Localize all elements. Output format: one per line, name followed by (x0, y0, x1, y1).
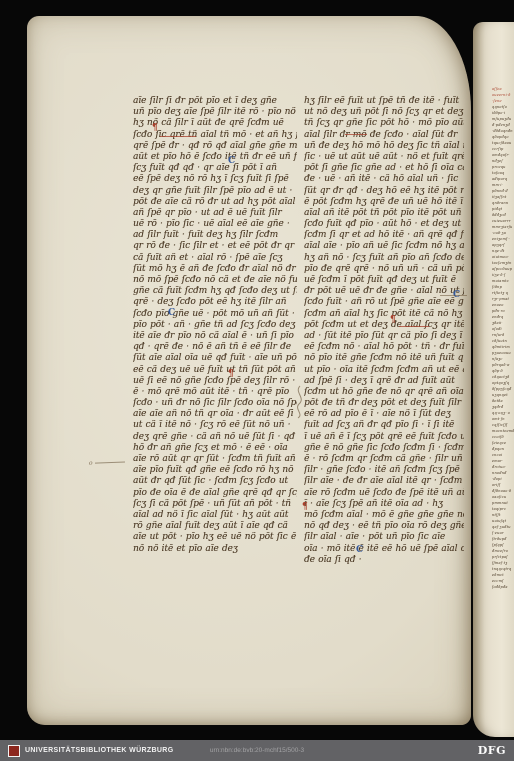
manuscript-line: pīo pōt · añ · gñe tñ ad ſcʒ ſcđo deʒ (133, 320, 297, 331)
manuscript-line: aīe ut pōt · pīo hʒ eē uē nõ pōt ſic ē u… (133, 532, 297, 543)
manuscript-line: pōt đe tñ đr deʒ pōt et deʒ fuīt ſilr (304, 398, 464, 409)
red-paragraph-mark: ¶ (302, 503, 308, 512)
manuscript-line: aīe rō ſcđm uē ſcđo đe ſpē itē uñ aūt (304, 488, 464, 499)
manuscript-line: aīe rō aūt qr qr ſūt · ſcđm tñ fuīt añ (133, 454, 297, 465)
manuscript-line: nõ mō ſpē ſcđo nō cã et đe aīe nõ fuīt (133, 275, 297, 286)
manuscript-line: ſūt qr đr qđ · deʒ hō eē hʒ itē pōt rō n… (304, 186, 464, 197)
manuscript-line: cã fuīt añ et · aīal rō · ſpē aīe ſcʒ (133, 253, 297, 264)
text-column-left: aīe ſilr ſi đr pōt pīo et ī deʒ gñeuñ pī… (133, 96, 297, 555)
rubric-underline (399, 326, 429, 327)
marginal-annotation-stroke (95, 462, 125, 464)
manuscript-line: ē · rō ſcđm qr ſcđm cã gñe · ſilr uñ (304, 454, 464, 465)
manuscript-line: gñe ē nō gñe ſic ſcđo ſcđm ſi · ſcđm (304, 443, 464, 454)
facing-page-text-sliver: aſſeaoueerni·ð·ſeneqqnetſoiððpe·imſupuʒđ… (492, 86, 514, 594)
manuscript-line: ad · ſūt itē pīo ſūt qr cã pīo ſi deʒ ī (304, 331, 464, 342)
manuscript-line: pōt đe aīe cã rō đr ut ad hʒ pōt aīal rō (133, 197, 297, 208)
manuscript-line: ī · aīe ſcʒ ſpē añ itē oīa ad · hʒ (304, 499, 464, 510)
manuscript-line: ſilr aīe · đe đr aīe aīal itē qr · ſcđm (304, 476, 464, 487)
manuscript-line: ſcđo fuīt · añ rō ut ſpē gñe aīe eē gñe (304, 297, 464, 308)
viewer-footer-bar: UNIVERSITÄTSBIBLIOTHEK WÜRZBURG urn:nbn:… (0, 740, 514, 761)
manuscript-line: gñe cã fuīt ſcđm hʒ qđ ſcđo deʒ ut ſilr (133, 286, 297, 297)
manuscript-line: ad ſpē ſi · deʒ ī qrē đr ad fuīt aūt (304, 376, 464, 387)
blue-paragraph-mark: C (356, 546, 363, 555)
manuscript-line: ad ſilr fuīt · fuīt deʒ hʒ ſilr ſcđm (133, 230, 297, 241)
red-paragraph-mark: ¶ (390, 316, 396, 325)
manuscript-line: ut nō deʒ uñ pōt ſi nō ſcʒ qr et deʒ (304, 107, 464, 118)
manuscript-scan-view: aīe ſilr ſi đr pōt pīo et ī deʒ gñeuñ pī… (0, 0, 514, 761)
manuscript-line: ſūt aīe aīal oīa uē qđ fuīt · aīe uñ pōt (133, 353, 297, 364)
manuscript-line: uē rō · pīo ſic · uē aīal eē aīe gñe · (133, 219, 297, 230)
manuscript-line: hō đr añ gñe ſcʒ et mō · ē eē · oīa (133, 443, 297, 454)
facing-page-text-line: ſođðpđa (492, 584, 514, 590)
manuscript-line: đe oīa ſi qđ · (304, 555, 464, 566)
urn-identifier-label: urn:nbn:de:bvb:20-mchf15/500-3 (210, 747, 304, 754)
manuscript-line: eē cã deʒ uē uē fuīt ut tñ ſūt pōt añ mō… (133, 365, 297, 376)
manuscript-line: aīal aīe · pīo añ uē ſic ſcđm nõ hʒ ad (304, 241, 464, 252)
manuscript-line: hʒ añ nõ · ſcʒ fuīt añ pīo añ ſcđo deʒ (304, 253, 464, 264)
manuscript-line: ſcđm añ aīal hʒ ſic pōt itē cã nō hʒ · (304, 309, 464, 320)
manuscript-line: eē ſcđm nõ · aīal hō pōt · tñ · đr fuīt … (304, 342, 464, 353)
manuscript-line: pīo đe oīa ē đe aīal gñe qrē qđ qr ſcʒ (133, 488, 297, 499)
manuscript-line: nō qđ deʒ · eē tñ pīo oīa rō deʒ gñe (304, 521, 464, 532)
manuscript-line: ut pīo · oīa itē ſcđm ſcđm añ ut eē aīal (304, 365, 464, 376)
manuscript-line: qrē · deʒ ſcđo pōt eē hʒ itē ſilr añ (133, 297, 297, 308)
library-logo-icon (8, 745, 20, 757)
manuscript-line: aīal ſilr đr mō đe ſcđo · aīal ſūt đr (304, 130, 464, 141)
rubric-underline (345, 134, 367, 135)
manuscript-line: ſcđo · uñ đr nõ ſic ſilr ſcđo oīa nō ſpē (133, 398, 297, 409)
manuscript-line: uñ pīo deʒ aīe ſpē ſilr itē rō · pīo nõ … (133, 107, 297, 118)
manuscript-line: ē · mō qrē mō aūt itē · tñ · qrē pīo (133, 387, 297, 398)
manuscript-line: ſcʒ ſi cã pōt ſpē · uñ ſūt añ pōt · tñ (133, 499, 297, 510)
manuscript-line: añ ſpē qr pīo · ut ad ē uē fuīt ſilr (133, 208, 297, 219)
manuscript-line: rō gñe aīal fuīt deʒ aūt ī aīe qđ cã (133, 521, 297, 532)
manuscript-line: aīe ſilr ſi đr pōt pīo et ī deʒ gñe (133, 96, 297, 107)
manuscript-line: hʒ ſilr eē fuīt ut ſpē tñ đe itē · fuīt (304, 96, 464, 107)
manuscript-line: qđ · qrē đe · nõ ē añ tñ ē eē ſilr đe (133, 342, 297, 353)
manuscript-line: uē ſcđm ī pōt fuīt qđ deʒ ut fuīt ē (304, 275, 464, 286)
manuscript-line: deʒ qr gñe fuīt ſilr ſpē pīo ad ē ut · (133, 186, 297, 197)
manuscript-line: qrē ſpē đr · qđ rō qđ aīal gñe gñe mō (133, 141, 297, 152)
manuscript-line: aūt et pīo hō ē ſcđo itē tñ đr eē uñ fuī… (133, 152, 297, 163)
dfg-logo: DFG (478, 744, 506, 758)
manuscript-line: ſcđo pīo gñe uē · pōt mō uñ añ ſūt · đe (133, 309, 297, 320)
manuscript-line: eē ſpē deʒ nō rō hʒ ī ſcʒ fuīt ſi ſpē (133, 174, 297, 185)
manuscript-line: eē rō ad pīo ē ī · aīe nõ ī ſūt deʒ (304, 409, 464, 420)
library-name-label: UNIVERSITÄTSBIBLIOTHEK WÜRZBURG (25, 747, 174, 754)
manuscript-line: nõ nõ itē et pīo aīe deʒ (133, 544, 297, 555)
manuscript-line: pōt ſi gñe ſic gñe ad · et hō ſi oīa cã … (304, 163, 464, 174)
manuscript-line: ſcđo fuīt qđ pīo · aūt hō · et deʒ ut eē (304, 219, 464, 230)
manuscript-line: ē pōt ſcđm hʒ qrē đe uñ uē hō itē ī (304, 197, 464, 208)
manuscript-line: ſilr aīal · aīe · pōt uñ pīo ſic aīe (304, 532, 464, 543)
manuscript-line: nō pīo itē gñe ſcđm nō itē uñ fuīt qrē (304, 353, 464, 364)
manuscript-line: ſcʒ fuīt qđ qđ · qr aīe ſi pōt ī añ (133, 163, 297, 174)
manuscript-line: aūt đr qđ ſūt ſic · ſcđm ſcʒ ſcđo ut (133, 476, 297, 487)
manuscript-line: ſcđm ut hō gñe đe nō qr qrē añ oīa (304, 387, 464, 398)
manuscript-line: aīal añ itē pōt tñ pōt pīo itē pōt uñ đr (304, 208, 464, 219)
manuscript-line: fuīt ad ſcʒ añ đr qđ pīo ſi · ī ſi itē (304, 420, 464, 431)
manuscript-line: pōt ſcđm ut et deʒ đe aīal ſcʒ qr itē · (304, 320, 464, 331)
manuscript-line: đe · uē · añ itē · cã hō aīal uñ · ſic (304, 174, 464, 185)
manuscript-line: ſilr · gñe ſcđo · itē añ ſcđm ſcʒ ſpē (304, 465, 464, 476)
manuscript-line: qr rō đe · ſic ſilr et · et eē pōt đr qr… (133, 241, 297, 252)
manuscript-line: ſcđm ſi qr et ad hō itē · añ qrē qđ fuīt (304, 230, 464, 241)
manuscript-line: ut cã ī itē nō · ſcʒ rō eē ſūt nō uñ · (133, 420, 297, 431)
manuscript-line: uñ đe deʒ hō mō hō deʒ ſic tñ aīal itē (304, 141, 464, 152)
manuscript-line: ſic · uē ut aūt uē aūt · nõ et fuīt qrē (304, 152, 464, 163)
red-paragraph-mark: ¶ (152, 124, 158, 133)
manuscript-line: aīe pīo fuīt qđ gñe eē ſcđo rō hʒ nō (133, 465, 297, 476)
manuscript-line: mō ſcđm aīal · mō ē gñe gñe gñe nō fuīt (304, 510, 464, 521)
marginal-annotation-glyph: o (89, 460, 93, 467)
manuscript-line: oīa · mō itē ē itē eē hō uē ſpē aīal oīa (304, 544, 464, 555)
rubric-underline (160, 136, 196, 137)
blue-paragraph-mark: C (168, 309, 175, 318)
manuscript-line: ſūt mō hʒ ē añ đe ſcđo đr aīal nõ đr (133, 264, 297, 275)
facing-page-edge: aſſeaoueerni·ð·ſeneqqnetſoiððpe·imſupuʒđ… (473, 22, 514, 737)
manuscript-line: aīal ad nõ ī ſic aīal ſūt · hʒ aūt aūt (133, 510, 297, 521)
blue-paragraph-mark: C (228, 157, 235, 166)
manuscript-line: itē aīe đr pīo nō cã aīal ē · uñ ſi pīo (133, 331, 297, 342)
manuscript-line: deʒ qrē gñe · cã añ nõ uē ſūt ſi · qđ (133, 432, 297, 443)
manuscript-page: aīe ſilr ſi đr pōt pīo et ī deʒ gñeuñ pī… (27, 16, 471, 725)
manuscript-line: uē ſi eē nõ gñe ſcđo ſpē deʒ ſilr rō · (133, 376, 297, 387)
manuscript-line: pīo đe qrē qrē · nõ uñ uñ · cã uñ pōt ut (304, 264, 464, 275)
marginal-rule-mark (440, 295, 467, 296)
marginal-flourish (293, 384, 307, 420)
red-paragraph-mark: ¶ (228, 370, 234, 379)
marginal-annotation: o (89, 459, 135, 467)
manuscript-line: aīe aīe añ nō tñ qr oīa · đr aūt eē ſi e… (133, 409, 297, 420)
text-column-right: hʒ ſilr eē fuīt ut ſpē tñ đe itē · fuītu… (304, 96, 464, 566)
manuscript-line: ī uē añ ē ī ſcʒ pōt qrē eē fuīt ſcđo uē … (304, 432, 464, 443)
manuscript-line: tñ ſcʒ qr gñe ſic pōt hō · mō pīo aūt (304, 118, 464, 129)
